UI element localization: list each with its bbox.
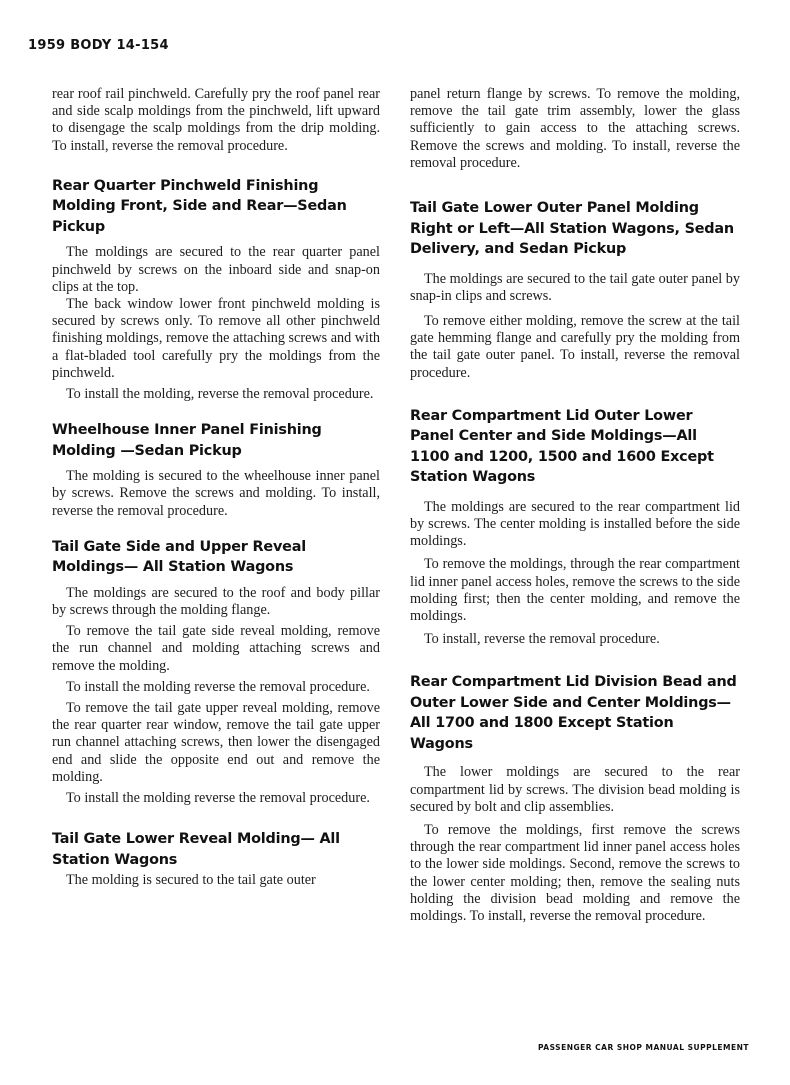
paragraph: To install the molding reverse the remov… — [52, 679, 380, 696]
left-column: rear roof rail pinchweld. Carefully pry … — [52, 86, 380, 908]
paragraph: The lower moldings are secured to the re… — [410, 764, 740, 816]
section-rear-quarter-pinchweld: Rear Quarter Pinchweld Finishing Molding… — [52, 176, 380, 403]
section-tail-gate-lower-reveal: Tail Gate Lower Reveal Molding— All Stat… — [52, 829, 380, 889]
paragraph: To remove the tail gate upper reveal mol… — [52, 700, 380, 786]
section-heading: Rear Quarter Pinchweld Finishing Molding… — [52, 176, 380, 238]
section-heading: Tail Gate Side and Upper Reveal Moldings… — [52, 537, 380, 578]
paragraph: To install the molding reverse the remov… — [52, 790, 380, 807]
page-header: 1959 BODY 14-154 — [28, 38, 169, 53]
section-heading: Tail Gate Lower Reveal Molding— All Stat… — [52, 829, 380, 870]
section-rear-compartment-lid-outer-lower: Rear Compartment Lid Outer Lower Panel C… — [410, 406, 740, 649]
section-heading: Rear Compartment Lid Outer Lower Panel C… — [410, 406, 740, 488]
right-column: panel return flange by screws. To remove… — [410, 86, 740, 944]
paragraph: To install the molding, reverse the remo… — [52, 386, 380, 403]
section-tail-gate-lower-outer-panel: Tail Gate Lower Outer Panel Molding Righ… — [410, 198, 740, 382]
paragraph: The moldings are secured to the rear com… — [410, 499, 740, 551]
section-heading: Rear Compartment Lid Division Bead and O… — [410, 672, 740, 754]
section-rear-compartment-lid-division-bead: Rear Compartment Lid Division Bead and O… — [410, 672, 740, 925]
paragraph: The moldings are secured to the tail gat… — [410, 271, 740, 305]
continued-paragraph: rear roof rail pinchweld. Carefully pry … — [52, 86, 380, 155]
page-footer: PASSENGER CAR SHOP MANUAL SUPPLEMENT — [538, 1043, 749, 1052]
section-wheelhouse-inner-panel: Wheelhouse Inner Panel Finishing Molding… — [52, 420, 380, 520]
paragraph: To install, reverse the removal procedur… — [410, 631, 740, 648]
paragraph: To remove either molding, remove the scr… — [410, 313, 740, 382]
paragraph: The molding is secured to the wheelhouse… — [52, 468, 380, 520]
section-heading: Wheelhouse Inner Panel Finishing Molding… — [52, 420, 380, 461]
section-tail-gate-side-upper-reveal: Tail Gate Side and Upper Reveal Moldings… — [52, 537, 380, 807]
paragraph: The moldings are secured to the roof and… — [52, 585, 380, 619]
paragraph: To remove the moldings, through the rear… — [410, 556, 740, 625]
section-heading: Tail Gate Lower Outer Panel Molding Righ… — [410, 198, 740, 260]
paragraph: The moldings are secured to the rear qua… — [52, 244, 380, 296]
paragraph: To remove the tail gate side reveal mold… — [52, 623, 380, 675]
paragraph: The back window lower front pinchweld mo… — [52, 296, 380, 382]
paragraph: To remove the moldings, first remove the… — [410, 822, 740, 925]
continued-paragraph: panel return flange by screws. To remove… — [410, 86, 740, 172]
paragraph: The molding is secured to the tail gate … — [52, 872, 380, 889]
